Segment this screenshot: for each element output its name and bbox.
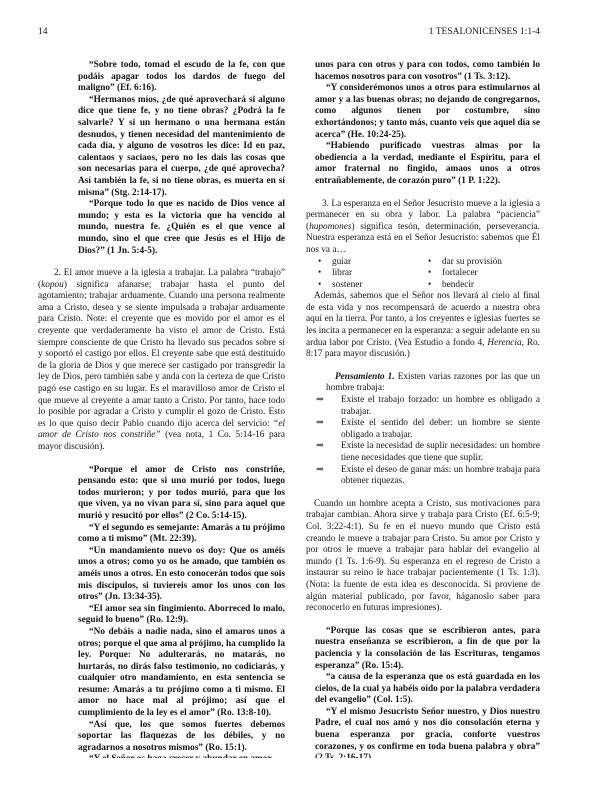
italic-herencia: Herencia — [487, 338, 521, 348]
quote-1jn-5-4-5: “Porque todo lo que es nacido de Dios ve… — [78, 199, 285, 257]
quote-1ts-3-12-end: unos para con otros y para con todos, co… — [315, 60, 540, 83]
book-page: 14 1 TESALONICENSES 1:1-4 “Sobre todo, t… — [0, 0, 612, 792]
list-item: ⇒Existe el deseo de ganar más: un hombre… — [316, 465, 540, 488]
bullet-icon: • — [318, 257, 332, 269]
outline-point-2: 2. El amor mueve a la iglesia a trabajar… — [38, 268, 285, 454]
paragraph-ademas: Además, sabemos que el Señor nos llevará… — [306, 291, 540, 361]
quote-col-1-5: “a causa de la esperanza que os está gua… — [315, 672, 540, 707]
arrow-icon: ⇒ — [316, 395, 341, 418]
list-item: ⇒Existe el trabajo forzado: un hombre es… — [316, 395, 540, 418]
quote-ro-13-8-10: “No debáis a nadie nada, sino el amaros … — [78, 627, 285, 720]
quote-2ts-2-16-17: “Y el mismo Jesucristo Señor nuestro, y … — [315, 707, 540, 758]
quote-ro-15-4: “Porque las cosas que se escribieron ant… — [315, 626, 540, 672]
quote-mt-22-39: “Y el segundo es semejante: Amarás a tu … — [78, 523, 285, 546]
bullet-icon: • — [428, 268, 442, 280]
bullet-col-1: •guiar •librar •sostener — [318, 257, 424, 292]
bullet-list: •guiar •librar •sostener •dar su provisi… — [318, 257, 540, 292]
page-body: “Sobre todo, tomad el escudo de la fe, c… — [38, 60, 540, 758]
list-item: •sostener — [318, 280, 424, 292]
right-column: unos para con otros y para con todos, co… — [306, 60, 540, 758]
running-head: 14 1 TESALONICENSES 1:1-4 — [38, 27, 540, 37]
bullet-icon: • — [428, 280, 442, 292]
quote-2co-5-14-15: “Porque el amor de Cristo nos constriñe,… — [78, 465, 285, 523]
quote-ro-12-9: “El amor sea sin fingimiento. Aborreced … — [78, 604, 285, 627]
greek-term-kopou: kopou — [41, 280, 64, 290]
arrow-icon: ⇒ — [316, 441, 341, 464]
pensamiento-label: Pensamiento 1. — [335, 372, 395, 382]
list-item: •fortalecer — [428, 268, 534, 280]
greek-term-hupomones: hupomones — [309, 222, 351, 232]
outline-point-3: 3. La esperanza en el Señor Jesucristo m… — [306, 199, 540, 257]
list-item: ⇒Existe la necesidad de suplir necesidad… — [316, 441, 540, 464]
arrow-icon: ⇒ — [316, 465, 341, 488]
arrow-icon: ⇒ — [316, 418, 341, 441]
bullet-icon: • — [318, 280, 332, 292]
list-item: •dar su provisión — [428, 257, 534, 269]
quote-1ts-3-12-start: “Y el Señor os haga crecer y abundar en … — [78, 754, 285, 758]
quote-ro-15-1: “Así que, los que somos fuertes debemos … — [78, 720, 285, 755]
quote-jn-13-34-35: “Un mandamiento nuevo os doy: Que os amé… — [78, 546, 285, 604]
list-item: •librar — [318, 268, 424, 280]
arrow-list: ⇒Existe el trabajo forzado: un hombre es… — [316, 395, 540, 488]
running-title: 1 TESALONICENSES 1:1-4 — [429, 27, 540, 37]
paragraph-cuando: Cuando un hombre acepta a Cristo, sus mo… — [306, 499, 540, 615]
quote-ef-6-16: “Sobre todo, tomad el escudo de la fe, c… — [78, 60, 285, 95]
page-number: 14 — [38, 27, 48, 37]
bullet-col-2: •dar su provisión •fortalecer •bendecir — [428, 257, 534, 292]
list-item: •guiar — [318, 257, 424, 269]
quote-1p-1-22: “Habiendo purificado vuestras almas por … — [315, 141, 540, 187]
bullet-icon: • — [318, 268, 332, 280]
pensamiento-1: Pensamiento 1. Existen varias razones po… — [326, 372, 540, 395]
list-item: •bendecir — [428, 280, 534, 292]
left-column: “Sobre todo, tomad el escudo de la fe, c… — [38, 60, 285, 758]
quote-he-10-24-25: “Y considerémonos unos a otros para esti… — [315, 83, 540, 141]
list-item: ⇒Existe el sentido del deber: un hombre … — [316, 418, 540, 441]
quote-stg-2-14-17: “Hermanos míos, ¿de qué aprovechará si a… — [78, 95, 285, 199]
bullet-icon: • — [428, 257, 442, 269]
